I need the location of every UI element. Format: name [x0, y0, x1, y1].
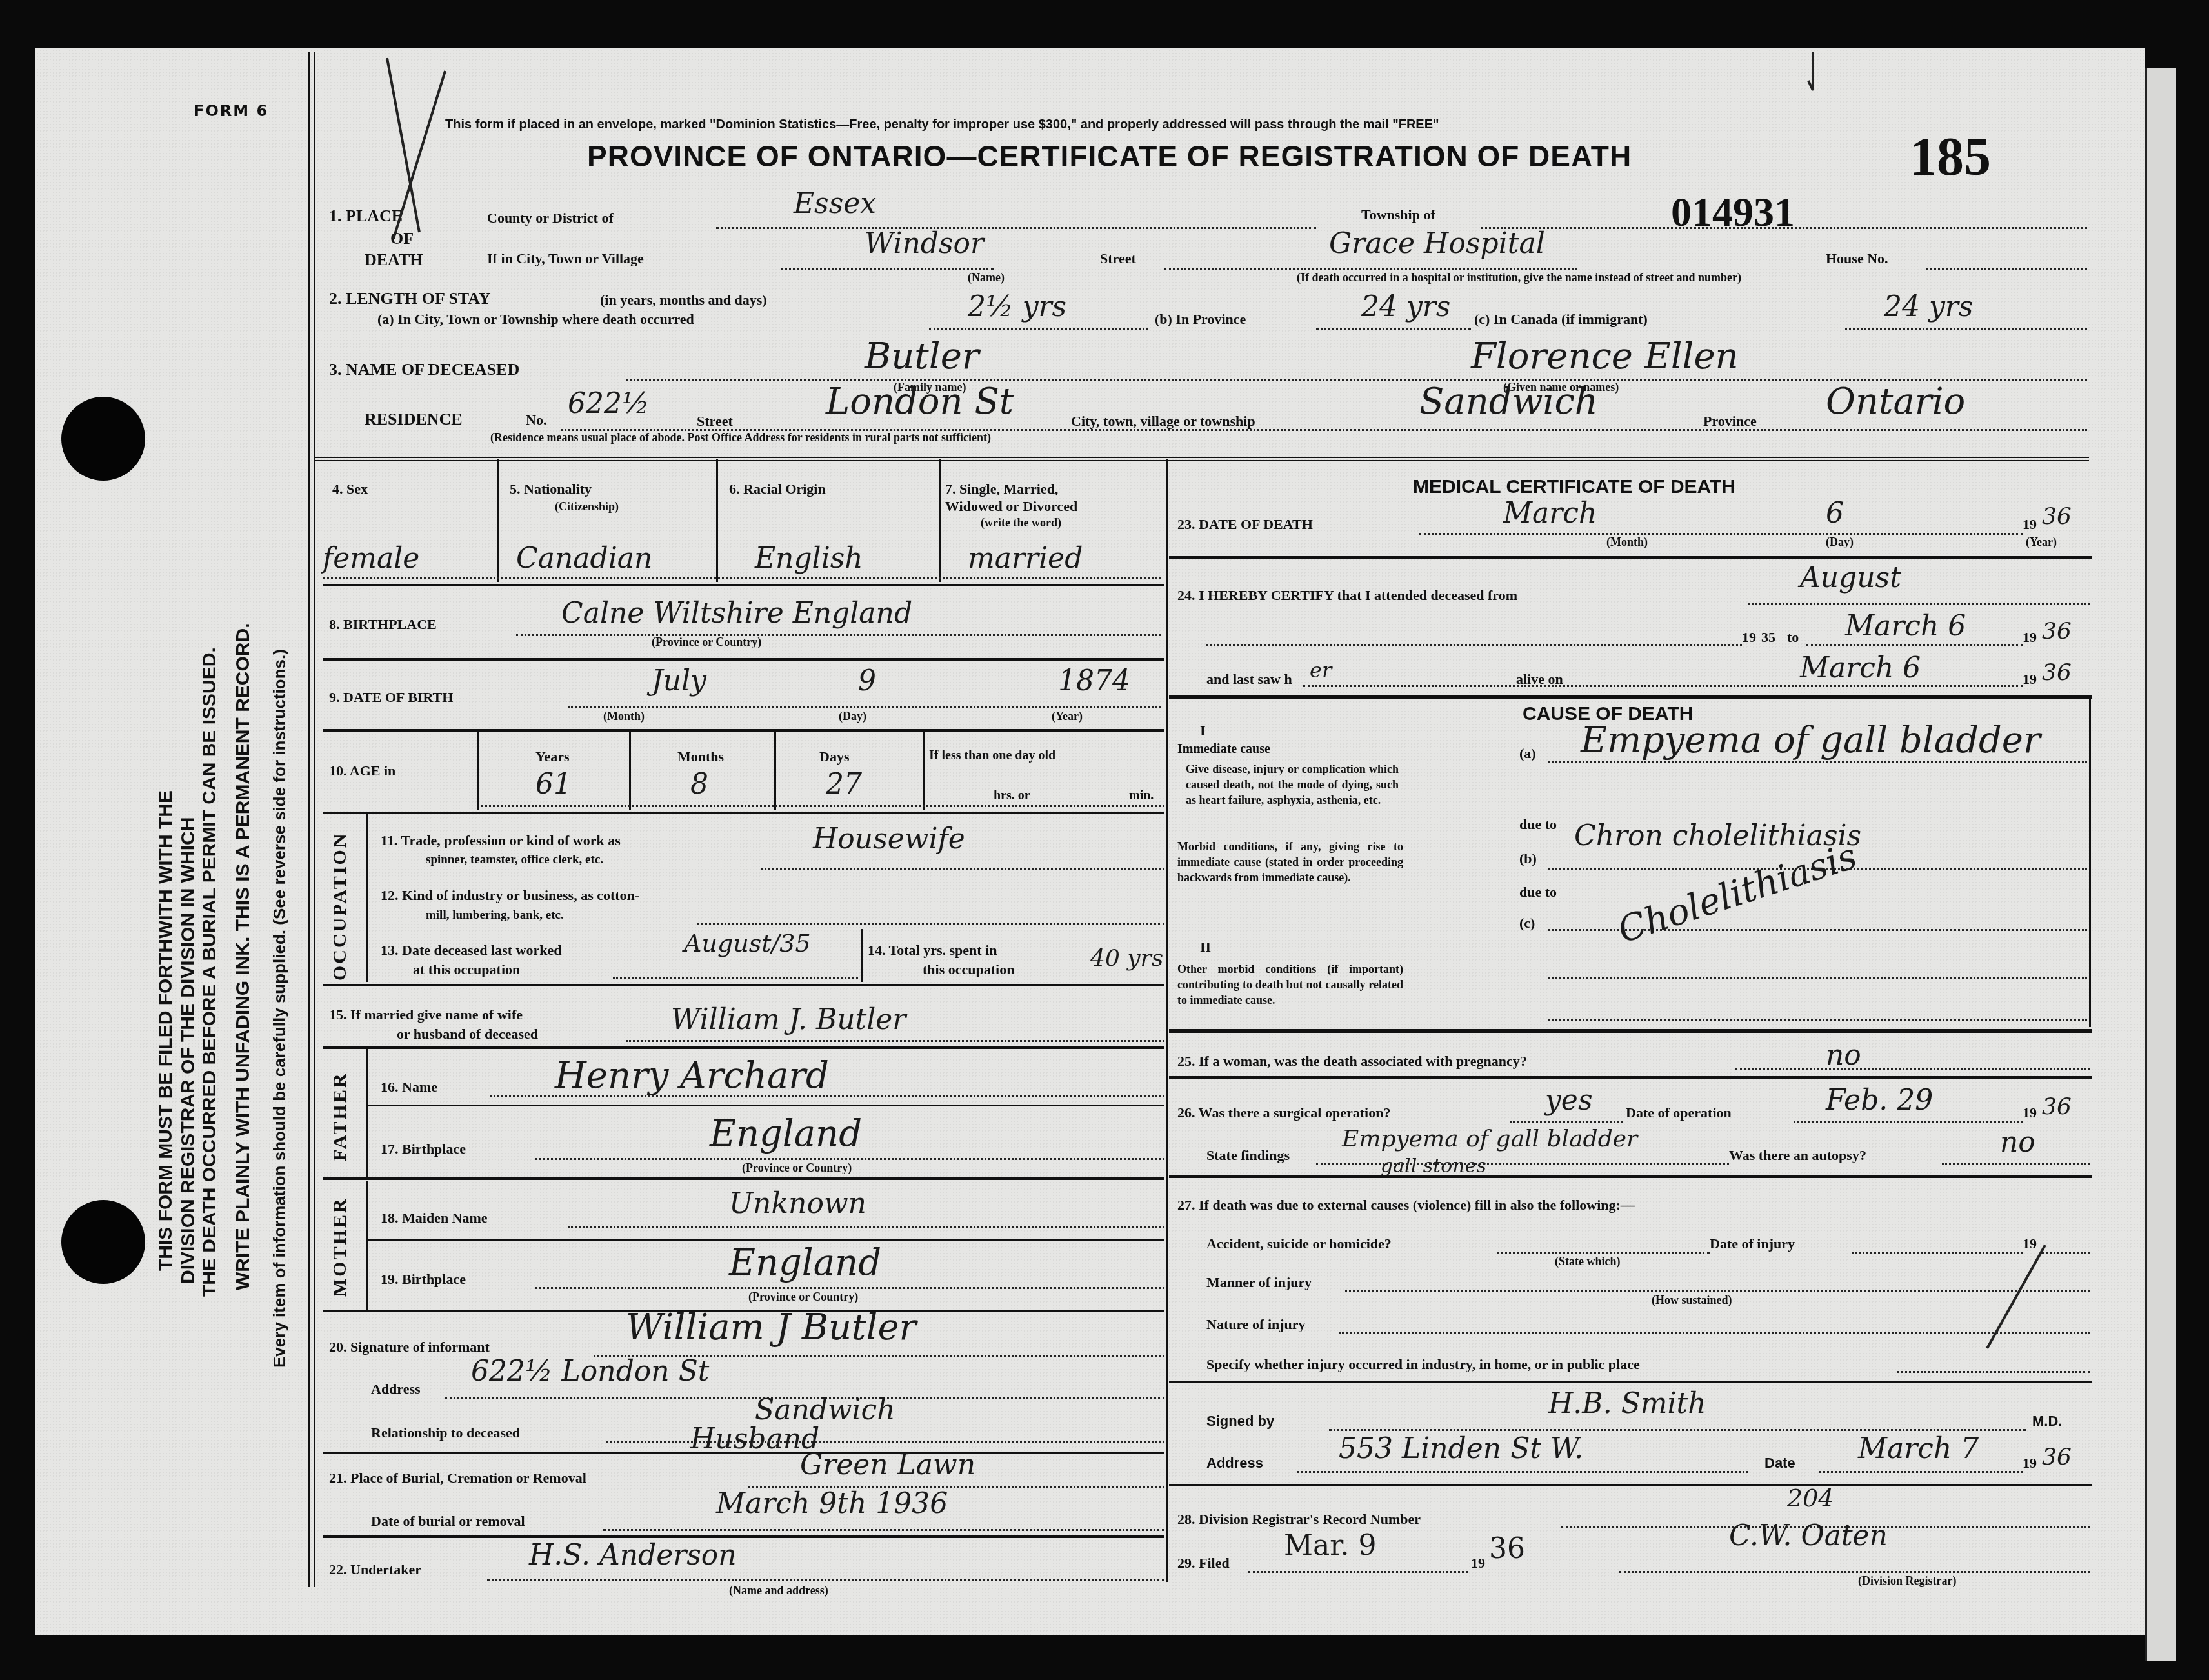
undertaker-value[interactable]: H.S. Anderson — [529, 1539, 737, 1572]
residence-province-label: Province — [1703, 413, 1757, 430]
row-divider — [1169, 1076, 2092, 1079]
stay-c-label: (c) In Canada (if immigrant) — [1474, 311, 1648, 328]
autopsy-label: Was there an autopsy? — [1729, 1147, 1866, 1164]
page-number: 185 — [1910, 126, 1991, 188]
margin-line-4: WRITE PLAINLY WITH UNFADING INK. THIS IS… — [232, 623, 254, 1290]
birthplace-sub: (Province or Country) — [652, 635, 761, 649]
record-number-value[interactable]: 204 — [1787, 1484, 1834, 1512]
row-divider — [1169, 695, 2092, 699]
dob-label: 9. DATE OF BIRTH — [329, 689, 453, 706]
stay-b-line — [1316, 328, 1471, 330]
trade-label-2: spinner, teamster, office clerk, etc. — [426, 853, 603, 867]
margin-line-3: THE DEATH OCCURRED BEFORE A BURIAL PERMI… — [199, 647, 221, 1297]
burial-date-line — [603, 1529, 1164, 1531]
cell-divider — [939, 459, 941, 582]
to-year-value[interactable]: 36 — [2042, 618, 2072, 645]
section-divider — [315, 457, 2089, 461]
house-no-label: House No. — [1826, 250, 1888, 267]
filed-value[interactable]: Mar. 9 — [1284, 1529, 1376, 1562]
residence-label: RESIDENCE — [365, 410, 463, 429]
medical-heading: MEDICAL CERTIFICATE OF DEATH — [1413, 476, 1735, 498]
attended-from-line — [1748, 603, 2090, 605]
margin-line-2: DIVISION REGISTRAR OF THE DIVISION IN WH… — [177, 817, 199, 1284]
physician-date-label: Date — [1764, 1455, 1795, 1472]
to-label: to — [1787, 629, 1799, 646]
operation-date-line — [1794, 1121, 2023, 1123]
relationship-line — [606, 1441, 1164, 1443]
attended-to-value[interactable]: March 6 — [1845, 610, 1966, 643]
column-divider — [1166, 459, 1168, 1582]
operation-year-value[interactable]: 36 — [2042, 1094, 2072, 1120]
residence-city-label: City, town, village or township — [1071, 413, 1255, 430]
burial-date-value[interactable]: March 9th 1936 — [716, 1487, 948, 1520]
mother-birthplace-sub: (Province or Country) — [748, 1290, 858, 1304]
residence-province-value[interactable]: Ontario — [1826, 381, 1965, 423]
spouse-label-1: 15. If married give name of wife — [329, 1006, 523, 1023]
row-line — [323, 577, 1161, 579]
immediate-cause-label: Immediate cause — [1177, 742, 1270, 757]
autopsy-value[interactable]: no — [2000, 1126, 2035, 1159]
birthplace-line — [516, 634, 1161, 636]
father-side-label: FATHER — [329, 1072, 351, 1161]
city-label: If in City, Town or Village — [487, 250, 644, 267]
pen-mark-check — [1803, 52, 1823, 103]
roman-2: II — [1200, 939, 1211, 955]
age-line — [481, 805, 1164, 807]
row-divider — [323, 1452, 1164, 1454]
roman-1: I — [1200, 723, 1206, 739]
informant-address-value-2[interactable]: Sandwich — [755, 1394, 895, 1426]
stay-c-line — [1845, 328, 2087, 330]
physician-address-value[interactable]: 553 Linden St W. — [1339, 1432, 1583, 1465]
cause-a-label: (a) — [1519, 745, 1536, 762]
physician-date-line — [1819, 1471, 2023, 1473]
mother-maiden-value[interactable]: Unknown — [729, 1187, 866, 1220]
findings-value-2[interactable]: gall stones — [1381, 1155, 1486, 1177]
row-divider — [1169, 1484, 2092, 1486]
margin-line-5: Every item of information should be care… — [270, 649, 290, 1368]
row-divider — [323, 1177, 1164, 1180]
other-line-1 — [1548, 977, 2087, 979]
registrar-signature-line — [1619, 1571, 2090, 1573]
pen-mark-x — [368, 52, 458, 245]
informant-address-value[interactable]: 622½ London St — [471, 1355, 709, 1388]
margin-line-1: THIS FORM MUST BE FILED FORTHWITH WITH T… — [155, 790, 177, 1271]
trade-line — [761, 868, 1164, 870]
cell-divider — [497, 459, 499, 582]
mother-birthplace-label: 19. Birthplace — [381, 1271, 466, 1288]
row-divider — [323, 812, 1164, 814]
street-label: Street — [1100, 250, 1136, 267]
row-divider — [368, 1105, 1164, 1106]
row-divider — [323, 729, 1164, 732]
spouse-label-2: or husband of deceased — [397, 1026, 538, 1043]
form-left-border — [308, 52, 315, 1587]
racial-origin-label: 6. Racial Origin — [729, 481, 826, 497]
sex-label: 4. Sex — [332, 481, 368, 497]
place-label-3: DEATH — [365, 250, 423, 270]
cell-divider — [716, 459, 718, 582]
signed-by-line — [1329, 1429, 2026, 1431]
years-label: Years — [535, 748, 570, 765]
stay-b-label: (b) In Province — [1155, 311, 1246, 328]
filed-label: 29. Filed — [1177, 1555, 1230, 1572]
city-line — [781, 268, 994, 270]
marital-label-2: Widowed or Divorced — [945, 498, 1077, 515]
undertaker-label: 22. Undertaker — [329, 1561, 421, 1578]
row-divider — [323, 1046, 1164, 1049]
father-name-value[interactable]: Henry Archard — [555, 1055, 829, 1097]
father-name-line — [490, 1095, 1164, 1097]
residence-note: (Residence means usual place of abode. P… — [490, 431, 991, 445]
industry-label-2: mill, lumbering, bank, etc. — [426, 908, 564, 923]
page-edge — [2145, 68, 2176, 1661]
operation-year-prefix: 19 — [2023, 1105, 2037, 1121]
form-title: PROVINCE OF ONTARIO—CERTIFICATE OF REGIS… — [587, 139, 1632, 174]
pregnancy-label: 25. If a woman, was the death associated… — [1177, 1053, 1527, 1070]
industry-label-1: 12. Kind of industry or business, as cot… — [381, 887, 639, 904]
dob-month-value[interactable]: July — [652, 665, 706, 697]
last-worked-value[interactable]: August/35 — [684, 929, 811, 957]
spouse-line — [626, 1040, 1164, 1042]
row-divider — [1169, 1175, 2092, 1178]
operation-line — [1510, 1121, 1623, 1123]
residence-street-label: Street — [697, 413, 733, 430]
marital-label-1: 7. Single, Married, — [945, 481, 1058, 497]
nature-label: Nature of injury — [1206, 1316, 1306, 1333]
dob-line — [568, 706, 1161, 708]
from-year-value[interactable]: 35 — [1761, 629, 1775, 646]
dod-year-prefix: 19 — [2023, 516, 2037, 533]
undertaker-line — [487, 1579, 1164, 1581]
row-divider — [323, 584, 1164, 586]
hospital-note: (If death occurred in a hospital or inst… — [1297, 271, 1741, 285]
county-label: County or District of — [487, 210, 614, 226]
dod-year-value[interactable]: 36 — [2042, 503, 2072, 530]
findings-line — [1316, 1163, 1729, 1165]
street-value[interactable]: Grace Hospital — [1329, 227, 1545, 260]
dod-month-sub: (Month) — [1606, 535, 1648, 549]
alive-year-prefix: 19 — [2023, 671, 2037, 688]
age-label: 10. AGE in — [329, 763, 395, 779]
total-yrs-label-2: this occupation — [923, 961, 1014, 978]
industry-line — [697, 923, 1164, 925]
trade-value[interactable]: Housewife — [813, 823, 965, 855]
relationship-label: Relationship to deceased — [371, 1425, 520, 1441]
physician-date-value[interactable]: March 7 — [1858, 1432, 1979, 1465]
mail-notice: This form if placed in an envelope, mark… — [445, 117, 1439, 132]
mother-side-border — [366, 1181, 368, 1310]
burial-place-label: 21. Place of Burial, Cremation or Remova… — [329, 1470, 586, 1486]
signed-by-label: Signed by — [1206, 1413, 1274, 1430]
marital-sub: (write the word) — [981, 516, 1061, 530]
findings-value[interactable]: Empyema of gall bladder — [1342, 1126, 1637, 1152]
pen-mark-slash — [1974, 1239, 2052, 1355]
accident-label: Accident, suicide or homicide? — [1206, 1235, 1392, 1252]
cause-a-line — [1548, 761, 2087, 763]
months-value[interactable]: 8 — [690, 768, 708, 801]
autopsy-line — [1942, 1163, 2090, 1165]
due-to-1: due to — [1519, 816, 1557, 833]
row-divider — [368, 1239, 1164, 1241]
stay-c-value[interactable]: 24 yrs — [1884, 290, 1973, 323]
cause-c-label: (c) — [1519, 915, 1535, 932]
dod-label: 23. DATE OF DEATH — [1177, 516, 1313, 533]
birthplace-value[interactable]: Calne Wiltshire England — [561, 597, 912, 630]
dob-month-sub: (Month) — [603, 710, 645, 723]
father-side-border — [366, 1049, 368, 1178]
physician-year-value[interactable]: 36 — [2042, 1444, 2072, 1470]
dob-year-sub: (Year) — [1052, 710, 1083, 723]
cell-divider — [774, 732, 776, 810]
min-label: min. — [1129, 788, 1154, 803]
row-divider — [323, 658, 1164, 661]
total-yrs-value[interactable]: 40 yrs — [1090, 945, 1163, 972]
street-line — [1164, 268, 1577, 270]
length-of-stay-note: (in years, months and days) — [600, 292, 767, 308]
last-worked-label-2: at this occupation — [413, 961, 520, 978]
manner-label: Manner of injury — [1206, 1274, 1312, 1291]
township-label: Township of — [1361, 206, 1435, 223]
other-conditions-note: Other morbid conditions (if important) c… — [1177, 961, 1403, 1008]
mother-side-label: MOTHER — [329, 1197, 351, 1297]
days-label: Days — [819, 748, 849, 765]
cause-a-value[interactable]: Empyema of gall bladder — [1581, 719, 2041, 761]
less-than-day-label: If less than one day old — [929, 748, 1055, 763]
alive-year-value[interactable]: 36 — [2042, 659, 2072, 686]
cause-box-border — [2089, 698, 2091, 1027]
county-line — [716, 227, 1316, 229]
dod-day-value[interactable]: 6 — [1826, 497, 1844, 530]
nationality-value[interactable]: Canadian — [516, 542, 652, 575]
days-value[interactable]: 27 — [826, 768, 862, 801]
cell-divider — [923, 732, 925, 810]
months-label: Months — [677, 748, 724, 765]
nationality-sub: (Citizenship) — [555, 500, 619, 514]
father-birthplace-line — [535, 1158, 1164, 1160]
father-name-label: 16. Name — [381, 1079, 437, 1095]
family-name-value[interactable]: Butler — [865, 335, 979, 377]
punch-hole-bottom — [61, 1200, 145, 1284]
attended-from-line-2 — [1206, 644, 1742, 646]
registrar-signature[interactable]: C.W. Oaten — [1729, 1519, 1888, 1552]
mother-birthplace-value[interactable]: England — [729, 1242, 881, 1284]
physician-year-prefix: 19 — [2023, 1455, 2037, 1472]
residence-street-value[interactable]: London St — [826, 381, 1014, 423]
dod-month-value[interactable]: March — [1503, 497, 1597, 530]
row-divider — [1169, 1381, 2092, 1383]
racial-origin-value[interactable]: English — [755, 542, 863, 575]
father-birthplace-sub: (Province or Country) — [742, 1161, 852, 1175]
dob-day-value[interactable]: 9 — [858, 665, 876, 697]
alive-on-line — [1303, 685, 2023, 687]
given-names-value[interactable]: Florence Ellen — [1471, 335, 1739, 377]
due-to-2: due to — [1519, 884, 1557, 901]
stay-a-value[interactable]: 2½ yrs — [968, 290, 1066, 323]
physician-address-line — [1297, 1471, 1748, 1473]
father-birthplace-value[interactable]: England — [710, 1113, 862, 1155]
specify-line — [1897, 1371, 2090, 1373]
pregnancy-line — [1735, 1068, 2090, 1070]
last-saw-label: and last saw h — [1206, 671, 1292, 688]
informant-signature-value[interactable]: William J Butler — [626, 1306, 916, 1348]
punch-hole-top — [61, 397, 145, 481]
city-value[interactable]: Windsor — [865, 227, 984, 260]
filed-line — [1248, 1571, 1468, 1573]
state-which: (State which) — [1555, 1255, 1621, 1268]
operation-value[interactable]: yes — [1545, 1084, 1592, 1117]
stay-b-value[interactable]: 24 yrs — [1361, 290, 1450, 323]
dob-day-sub: (Day) — [839, 710, 866, 723]
dod-line — [1419, 533, 2023, 535]
registrar-sub: (Division Registrar) — [1858, 1574, 1956, 1588]
row-divider — [323, 1535, 1164, 1538]
md-label: M.D. — [2032, 1413, 2062, 1430]
row-divider — [1169, 1029, 2092, 1033]
years-value[interactable]: 61 — [535, 768, 572, 801]
residence-city-value[interactable]: Sandwich — [1419, 381, 1598, 423]
nationality-label: 5. Nationality — [510, 481, 592, 497]
cell-divider — [629, 732, 631, 810]
specify-label: Specify whether injury occurred in indus… — [1206, 1356, 1640, 1373]
mother-birthplace-line — [535, 1287, 1164, 1289]
alive-on-value[interactable]: March 6 — [1800, 652, 1921, 685]
occupation-side-label: OCCUPATION — [329, 832, 351, 981]
township-line — [1481, 227, 2087, 229]
informant-signature-label: 20. Signature of informant — [329, 1339, 490, 1355]
filed-year-prefix: 19 — [1471, 1555, 1485, 1572]
attended-from-value[interactable]: August — [1800, 561, 1901, 594]
county-value[interactable]: Essex — [794, 187, 876, 220]
total-yrs-label-1: 14. Total yrs. spent in — [868, 942, 997, 959]
residence-no-label: No. — [526, 412, 546, 428]
last-worked-label-1: 13. Date deceased last worked — [381, 942, 561, 959]
how-sustained: (How sustained) — [1652, 1294, 1732, 1307]
morbid-conditions-note: Morbid conditions, if any, giving rise t… — [1177, 839, 1403, 885]
dob-year-value[interactable]: 1874 — [1058, 665, 1130, 697]
length-of-stay-label: 2. LENGTH OF STAY — [329, 289, 490, 308]
row-divider — [1169, 556, 2092, 559]
external-label: 27. If death was due to external causes … — [1177, 1197, 1635, 1214]
accident-line — [1497, 1252, 1710, 1254]
filed-year-value[interactable]: 36 — [1489, 1532, 1525, 1565]
burial-place-value[interactable]: Green Lawn — [800, 1448, 975, 1481]
sex-value[interactable]: female — [323, 542, 419, 575]
to-year-prefix: 19 — [2023, 629, 2037, 646]
attended-to-line — [1806, 644, 2023, 646]
stay-a-line — [929, 328, 1148, 330]
marital-value[interactable]: married — [968, 542, 1083, 575]
pregnancy-value[interactable]: no — [1826, 1039, 1861, 1072]
operation-label: 26. Was there a surgical operation? — [1177, 1105, 1390, 1121]
signed-by-value[interactable]: H.B. Smith — [1548, 1387, 1706, 1420]
physician-address-label: Address — [1206, 1455, 1263, 1472]
cell-divider — [477, 732, 479, 810]
injury-date-label: Date of injury — [1710, 1235, 1795, 1252]
row-divider — [323, 984, 1164, 986]
other-line-2 — [1548, 1019, 2087, 1021]
burial-date-label: Date of burial or removal — [371, 1513, 525, 1530]
operation-date-label: Date of operation — [1626, 1105, 1732, 1121]
city-sub: (Name) — [968, 271, 1005, 285]
certify-label: 24. I HEREBY CERTIFY that I attended dec… — [1177, 587, 1517, 604]
trade-label-1: 11. Trade, profession or kind of work as — [381, 832, 621, 849]
operation-date-value[interactable]: Feb. 29 — [1826, 1084, 1933, 1117]
deceased-name-label: 3. NAME OF DECEASED — [329, 360, 519, 379]
dod-year-sub: (Year) — [2026, 535, 2057, 549]
record-number-label: 28. Division Registrar's Record Number — [1177, 1511, 1421, 1528]
informant-address-label: Address — [371, 1381, 421, 1397]
father-birthplace-label: 17. Birthplace — [381, 1141, 466, 1157]
mother-maiden-line — [568, 1226, 1164, 1228]
birthplace-label: 8. BIRTHPLACE — [329, 616, 437, 633]
spouse-value[interactable]: William J. Butler — [671, 1003, 906, 1036]
form-number: FORM 6 — [194, 102, 268, 120]
occupation-side-border — [366, 814, 368, 982]
immediate-cause-note: Give disease, injury or complication whi… — [1186, 761, 1399, 808]
undertaker-sub: (Name and address) — [729, 1584, 828, 1597]
cell-divider — [861, 929, 863, 982]
last-saw-suffix[interactable]: er — [1310, 658, 1332, 683]
from-year-prefix: 19 — [1742, 629, 1756, 646]
house-no-line — [1926, 268, 2087, 270]
residence-no-value[interactable]: 622½ — [568, 387, 650, 420]
stay-a-label: (a) In City, Town or Township where deat… — [377, 311, 694, 328]
hrs-label: hrs. or — [994, 788, 1030, 803]
mother-maiden-label: 18. Maiden Name — [381, 1210, 488, 1226]
findings-label: State findings — [1206, 1147, 1290, 1164]
cause-b-label: (b) — [1519, 850, 1537, 867]
dod-day-sub: (Day) — [1826, 535, 1854, 549]
last-worked-line — [613, 977, 858, 979]
